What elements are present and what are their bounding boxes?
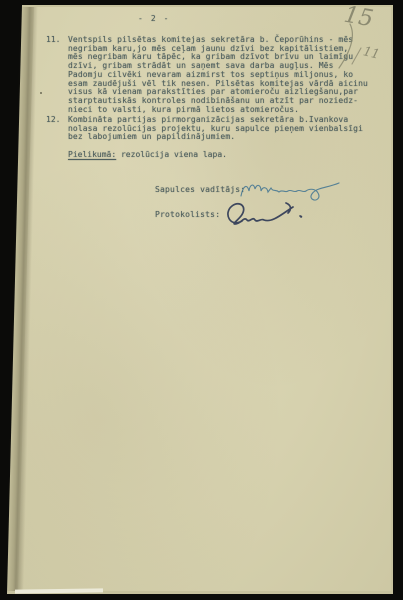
attachment-line: Pielikumā: rezolūcija viena lapa. [68, 150, 227, 159]
paper-speck [40, 92, 42, 94]
meeting-chair-label: Sapulces vadītājs: [155, 185, 245, 194]
pencil-flourish-marks-icon [334, 22, 378, 74]
item-number: 12. [46, 116, 64, 142]
attachment-text: rezolūcija viena lapa. [116, 150, 227, 159]
paragraph-item-12: 12. Kombināta partijas pirmorganizācijas… [46, 116, 370, 142]
attachment-label: Pielikumā: [68, 150, 116, 159]
scanned-document-page: - 2 - 11. Ventspils pilsētas komitejas s… [0, 0, 403, 600]
record-keeper-handwritten-signature-icon [220, 197, 312, 231]
record-keeper-label: Protokolists: [155, 210, 220, 219]
item-number: 11. [46, 36, 64, 114]
page-number: - 2 - [138, 14, 170, 23]
paragraph-item-11: 11. Ventspils pilsētas komitejas sekretā… [46, 36, 370, 114]
item-text: Ventspils pilsētas komitejas sekretāra b… [68, 36, 370, 114]
item-text: Kombināta partijas pirmorganizācijas sek… [68, 116, 370, 142]
